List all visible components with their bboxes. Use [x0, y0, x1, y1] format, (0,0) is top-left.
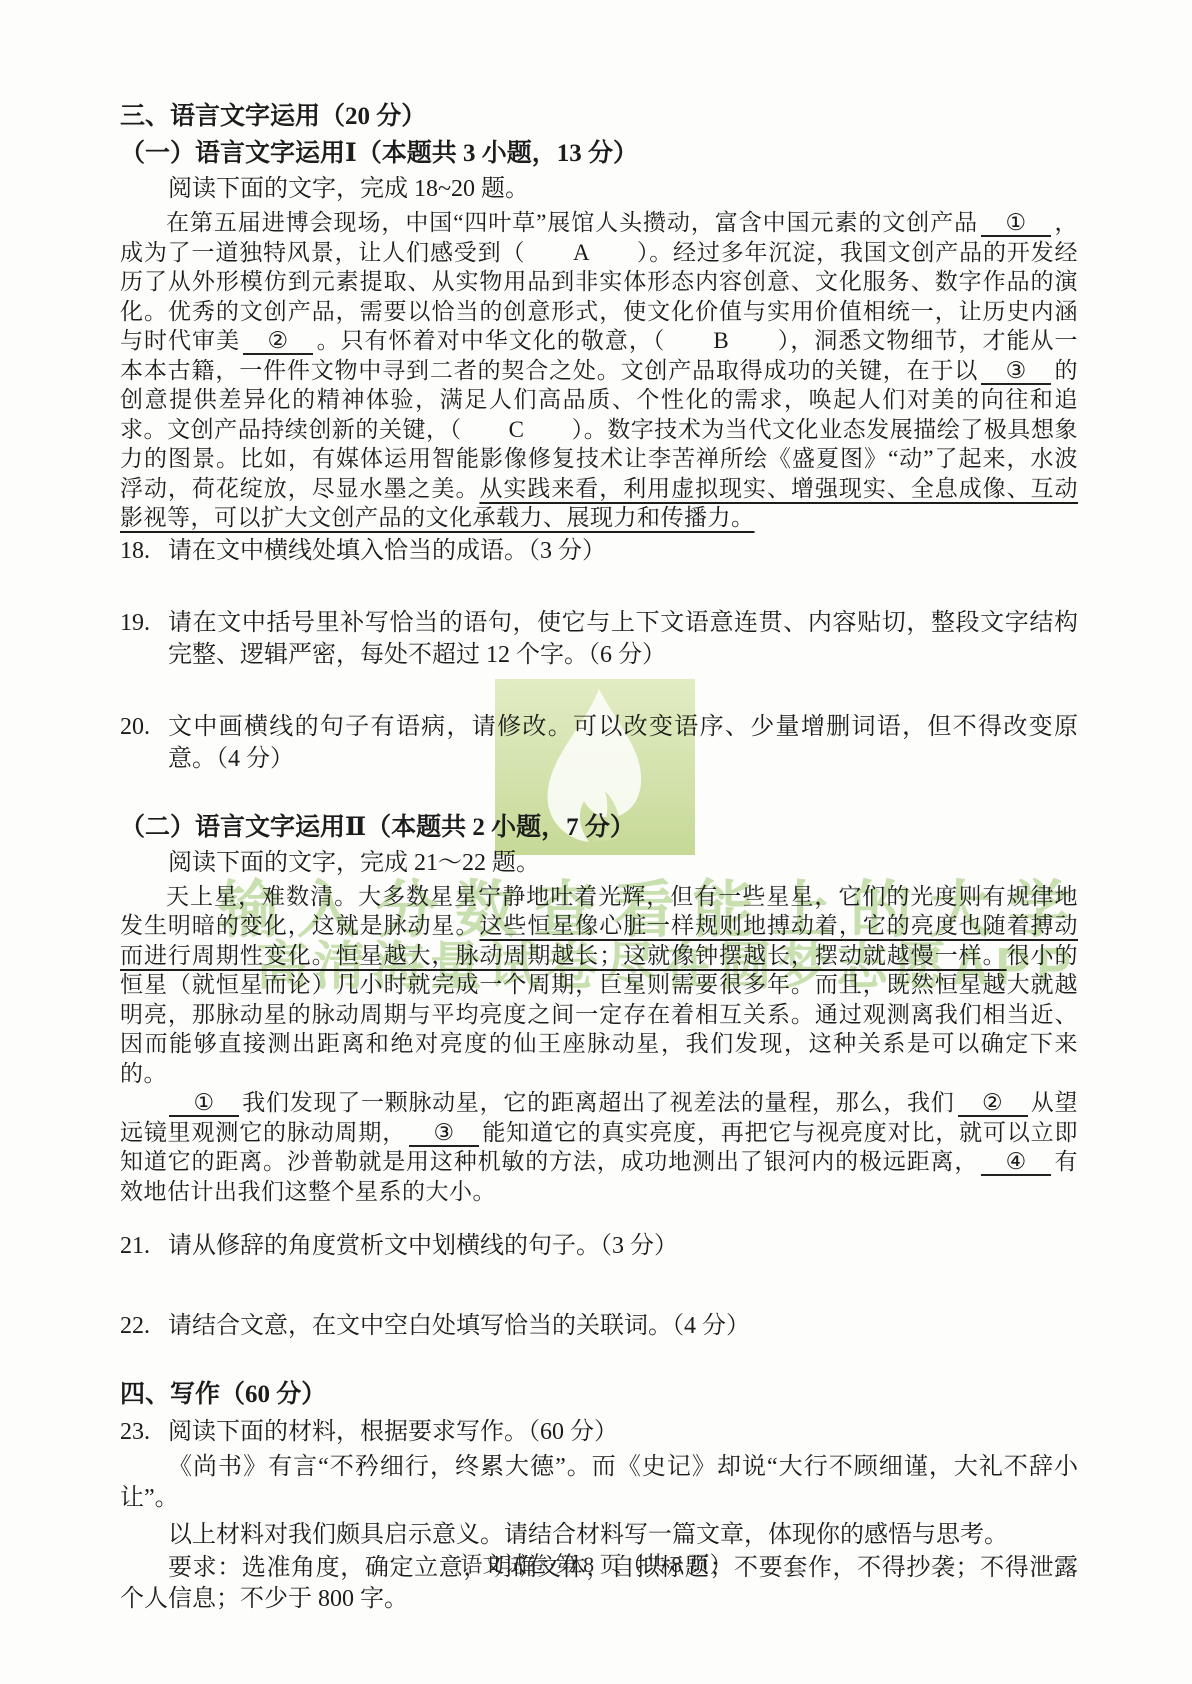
question-21: 21. 请从修辞的角度赏析文中划横线的句子。（3 分） [120, 1230, 1078, 1262]
writing-material-quote: 《尚书》有言“不矜细行，终累大德”。而《史记》却说“大行不顾细谨，大礼不辞小让”… [120, 1452, 1078, 1514]
question-22-text: 请结合文意，在文中空白处填写恰当的关联词。（4 分） [168, 1313, 750, 1339]
question-22: 22. 请结合文意，在文中空白处填写恰当的关联词。（4 分） [120, 1310, 1078, 1342]
question-19: 19. 请在文中括号里补写恰当的语句，使它与上下文语意连贯、内容贴切，整段文字结… [120, 607, 1078, 671]
exam-page: 输入分数查看能上的大学 高清海量试卷尽在圆梦志愿APP 三、语言文字运用（20 … [0, 0, 1192, 1684]
part-1-heading: （一）语言文字运用Ⅰ（本题共 3 小题，13 分） [120, 137, 1078, 171]
question-23-text: 阅读下面的材料，根据要求写作。（60 分） [168, 1419, 618, 1445]
passage-1: 在第五届进博会现场，中国“四叶草”展馆人头攒动，富含中国元素的文创产品①，成为了… [120, 208, 1078, 533]
page-content: 三、语言文字运用（20 分） （一）语言文字运用Ⅰ（本题共 3 小题，13 分）… [120, 100, 1078, 1615]
section-4-heading: 四、写作（60 分） [120, 1378, 1078, 1412]
question-21-number: 21. [120, 1230, 150, 1262]
question-18-text: 请在文中横线处填入恰当的成语。（3 分） [168, 538, 606, 564]
question-20: 20. 文中画横线的句子有语病，请修改。可以改变语序、少量增删词语，但不得改变原… [120, 711, 1078, 775]
question-20-text: 文中画横线的句子有语病，请修改。可以改变语序、少量增删词语，但不得改变原意。（4… [168, 714, 1078, 772]
question-18: 18. 请在文中横线处填入恰当的成语。（3 分） [120, 535, 1078, 567]
fill-in-blank: ② [958, 1091, 1028, 1117]
question-23-number: 23. [120, 1416, 150, 1448]
part-1-intro: 阅读下面的文字，完成 18~20 题。 [120, 173, 1078, 205]
passage-text: 我们发现了一颗脉动星，它的距离超出了视差法的量程，那么，我们 [242, 1090, 955, 1115]
fill-in-blank: ③ [409, 1121, 479, 1147]
page-footer: 语文试卷·第 8 页（共 8 页） [0, 1548, 1192, 1579]
fill-in-blank: ② [243, 329, 313, 355]
fill-in-blank: ④ [981, 1150, 1051, 1176]
question-23: 23. 阅读下面的材料，根据要求写作。（60 分） [120, 1416, 1078, 1448]
writing-material-prompt: 以上材料对我们颇具启示意义。请结合材料写一篇文章，体现你的感悟与思考。 [120, 1520, 1078, 1551]
section-3-heading: 三、语言文字运用（20 分） [120, 100, 1078, 134]
passage-2-para-2: ①我们发现了一颗脉动星，它的距离超出了视差法的量程，那么，我们②从望远镜里观测它… [120, 1088, 1078, 1206]
question-21-text: 请从修辞的角度赏析文中划横线的句子。（3 分） [168, 1233, 678, 1259]
part-2-intro: 阅读下面的文字，完成 21～22 题。 [120, 847, 1078, 879]
fill-in-blank: ③ [981, 359, 1051, 385]
passage-text: 在第五届进博会现场，中国“四叶草”展馆人头攒动，富含中国元素的文创产品 [166, 210, 978, 235]
question-22-number: 22. [120, 1310, 150, 1342]
question-19-number: 19. [120, 607, 150, 639]
question-18-number: 18. [120, 535, 150, 567]
question-20-number: 20. [120, 711, 150, 743]
passage-2-para-1: 天上星，难数清。大多数星星宁静地吐着光辉，但有一些星星，它们的光度则有规律地发生… [120, 882, 1078, 1089]
fill-in-blank: ① [981, 211, 1051, 237]
part-2-heading: （二）语言文字运用Ⅱ（本题共 2 小题，7 分） [120, 811, 1078, 845]
question-19-text: 请在文中括号里补写恰当的语句，使它与上下文语意连贯、内容贴切，整段文字结构完整、… [168, 610, 1078, 668]
fill-in-blank: ① [169, 1091, 239, 1117]
